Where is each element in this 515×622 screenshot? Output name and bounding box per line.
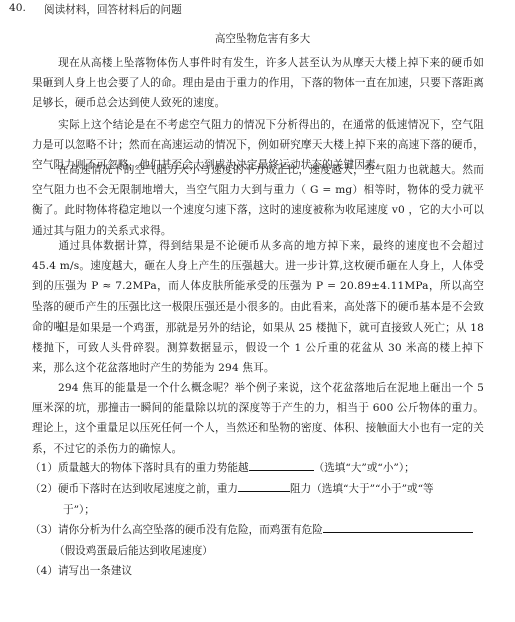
answer-blank-3[interactable]	[323, 521, 473, 533]
article-title: 高空坠物危害有多大	[0, 31, 515, 46]
sub-question-1: （1）质量越大的物体下落时具有的重力势能越（选填“大”或“小”）；	[30, 458, 490, 479]
answer-blank-2[interactable]	[238, 480, 290, 492]
sub-question-label: （1）	[30, 462, 58, 474]
paragraph-6: 294 焦耳的能量是一个什么概念呢？举个例子来说，这个花盆落地后在泥地上砸出一个…	[32, 378, 484, 459]
sub-question-label: （3）	[30, 524, 58, 536]
question-intro: 阅读材料，回答材料后的问题	[44, 2, 182, 17]
paragraph-5: 但是如果是一个鸡蛋，那就是另外的结论，如果从 25 楼抛下，就可直接致人死亡；从…	[32, 318, 484, 379]
answer-blank-1[interactable]	[249, 459, 314, 471]
sub-question-label: （4）	[30, 565, 58, 577]
question-number: 40.	[9, 2, 26, 14]
paragraph-3: 在高速情况下的空气阻力大小与速度的平方成正比，速度越大，空气阻力也就越大。然而空…	[32, 160, 484, 241]
paragraph-1: 现在从高楼上坠落物体伤人事件时有发生，许多人甚至认为从摩天大楼上掉下来的硬币如果…	[32, 53, 484, 114]
sub-question-label: （2）	[30, 483, 58, 495]
sub-question-4: （4）请写出一条建议	[30, 561, 490, 582]
sub-question-2: （2）硬币下落时在达到收尾速度之前，重力阻力（选填“大于”“小于”或“等 于”）…	[30, 479, 490, 520]
sub-question-3: （3）请你分析为什么高空坠落的硬币没有危险，而鸡蛋有危险 （假设鸡蛋最后能达到收…	[30, 520, 490, 561]
